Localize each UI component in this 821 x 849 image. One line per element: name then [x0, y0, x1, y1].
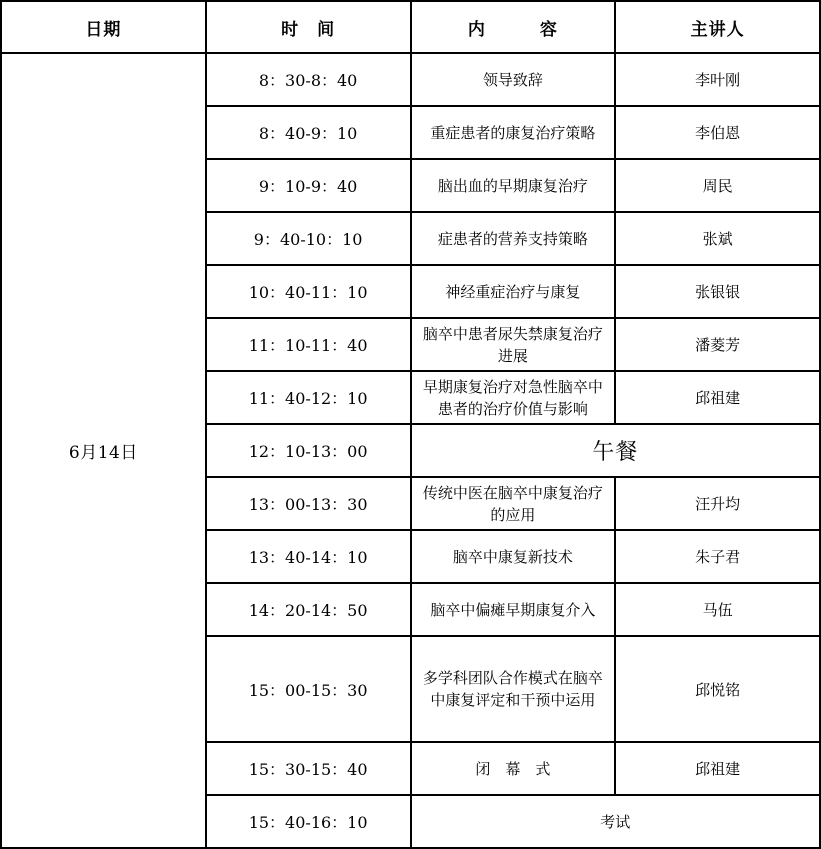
speaker-cell: 朱子君 [615, 530, 820, 583]
time-cell: 9：40-10：10 [206, 212, 411, 265]
time-cell: 15：30-15：40 [206, 742, 411, 795]
speaker-cell: 马伍 [615, 583, 820, 636]
speaker-cell: 汪升均 [615, 477, 820, 530]
content-cell: 脑卒中康复新技术 [411, 530, 616, 583]
speaker-cell: 邱祖建 [615, 371, 820, 424]
table-row: 6月14日 8：30-8：40 领导致辞 李叶刚 [1, 53, 820, 106]
time-cell: 14：20-14：50 [206, 583, 411, 636]
lunch-cell: 午餐 [411, 424, 821, 477]
content-cell: 脑出血的早期康复治疗 [411, 159, 616, 212]
content-cell: 症患者的营养支持策略 [411, 212, 616, 265]
time-cell: 13：00-13：30 [206, 477, 411, 530]
time-cell: 8：30-8：40 [206, 53, 411, 106]
time-cell: 9：10-9：40 [206, 159, 411, 212]
content-cell: 早期康复治疗对急性脑卒中 患者的治疗价值与影响 [411, 371, 616, 424]
date-cell: 6月14日 [1, 53, 206, 848]
exam-cell: 考试 [411, 795, 821, 848]
content-cell: 传统中医在脑卒中康复治疗 的应用 [411, 477, 616, 530]
speaker-cell: 潘菱芳 [615, 318, 820, 371]
time-cell: 11：40-12：10 [206, 371, 411, 424]
speaker-cell: 李叶刚 [615, 53, 820, 106]
time-cell: 13：40-14：10 [206, 530, 411, 583]
header-date: 日期 [1, 1, 206, 53]
content-cell: 脑卒中患者尿失禁康复治疗 进展 [411, 318, 616, 371]
content-cell: 重症患者的康复治疗策略 [411, 106, 616, 159]
time-cell: 15：00-15：30 [206, 636, 411, 742]
header-time: 时 间 [206, 1, 411, 53]
content-cell: 脑卒中偏瘫早期康复介入 [411, 583, 616, 636]
speaker-cell: 周民 [615, 159, 820, 212]
speaker-cell: 李伯恩 [615, 106, 820, 159]
time-cell: 12：10-13：00 [206, 424, 411, 477]
time-cell: 8：40-9：10 [206, 106, 411, 159]
conference-schedule-table: 日期 时 间 内 容 主讲人 6月14日 8：30-8：40 领导致辞 李叶刚 … [0, 0, 821, 849]
time-cell: 10：40-11：10 [206, 265, 411, 318]
content-cell: 神经重症治疗与康复 [411, 265, 616, 318]
speaker-cell: 张银银 [615, 265, 820, 318]
time-cell: 15：40-16：10 [206, 795, 411, 848]
speaker-cell: 张斌 [615, 212, 820, 265]
header-speaker: 主讲人 [615, 1, 820, 53]
header-row: 日期 时 间 内 容 主讲人 [1, 1, 820, 53]
speaker-cell: 邱祖建 [615, 742, 820, 795]
speaker-cell: 邱悦铭 [615, 636, 820, 742]
header-content: 内 容 [411, 1, 616, 53]
content-cell: 多学科团队合作模式在脑卒 中康复评定和干预中运用 [411, 636, 616, 742]
time-cell: 11：10-11：40 [206, 318, 411, 371]
content-cell: 领导致辞 [411, 53, 616, 106]
content-cell: 闭 幕 式 [411, 742, 616, 795]
